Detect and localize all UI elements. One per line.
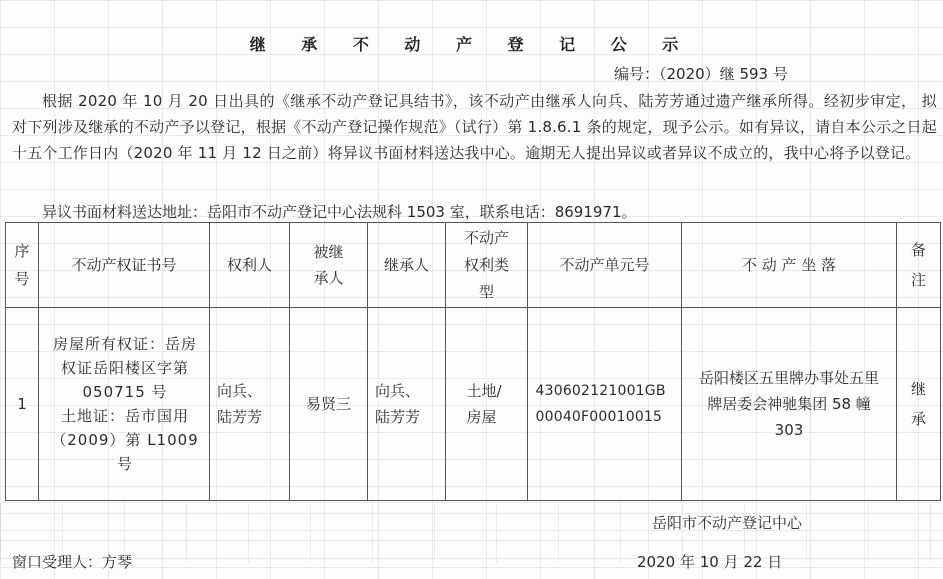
issuer-name: 岳阳市不动产登记中心	[652, 512, 802, 533]
document-number: 编号：（2020）继 593 号	[614, 63, 788, 84]
registration-table: 序号 不动产权证书号 权利人 被继承人 继承人 不动产权利类型 不动产单元号 不…	[5, 222, 941, 501]
header-unit-no: 不动产单元号	[528, 223, 682, 308]
cell-right-type: 土地/房屋	[446, 308, 528, 501]
cell-unit-no: 430602121001GB00040F00010015	[528, 308, 682, 501]
table-row: 1 房屋所有权证：岳房权证岳阳楼区字第 050715 号 土地证：岳市国用（20…	[6, 308, 941, 501]
cell-remarks: 继承	[897, 308, 941, 501]
cell-seq: 1	[6, 308, 39, 501]
cell-location: 岳阳楼区五里牌办事处五里牌居委会神驰集团 58 幢 303	[682, 308, 897, 501]
cell-cert-no: 房屋所有权证：岳房权证岳阳楼区字第 050715 号 土地证：岳市国用（2009…	[39, 308, 210, 501]
issue-date: 2020 年 10 月 22 日	[637, 551, 782, 572]
cell-owner: 向兵、陆芳芳	[210, 308, 290, 501]
header-decedent: 被继承人	[290, 223, 368, 308]
notice-body-paragraph: 根据 2020 年 10 月 20 日出具的《继承不动产登记具结书》，该不动产由…	[12, 88, 937, 167]
header-cert-no: 不动产权证书号	[39, 223, 210, 308]
document-title: 继 承 不 动 产 登 记 公 示	[0, 32, 943, 55]
header-owner: 权利人	[210, 223, 290, 308]
cell-decedent: 易贤三	[290, 308, 368, 501]
header-right-type: 不动产权利类型	[446, 223, 528, 308]
cell-heir: 向兵、陆芳芳	[368, 308, 446, 501]
header-remarks: 备注	[897, 223, 941, 308]
header-seq: 序号	[6, 223, 39, 308]
objection-address: 异议书面材料送达地址：岳阳市不动产登记中心法规科 1503 室，联系电话：869…	[42, 201, 637, 222]
cert-land: 土地证：岳市国用（2009）第 L1009 号	[46, 404, 204, 476]
cert-house: 房屋所有权证：岳房权证岳阳楼区字第 050715 号	[46, 332, 204, 404]
header-heir: 继承人	[368, 223, 446, 308]
window-clerk: 窗口受理人：方琴	[12, 551, 132, 572]
table-header-row: 序号 不动产权证书号 权利人 被继承人 继承人 不动产权利类型 不动产单元号 不…	[6, 223, 941, 308]
header-location: 不 动 产 坐 落	[682, 223, 897, 308]
